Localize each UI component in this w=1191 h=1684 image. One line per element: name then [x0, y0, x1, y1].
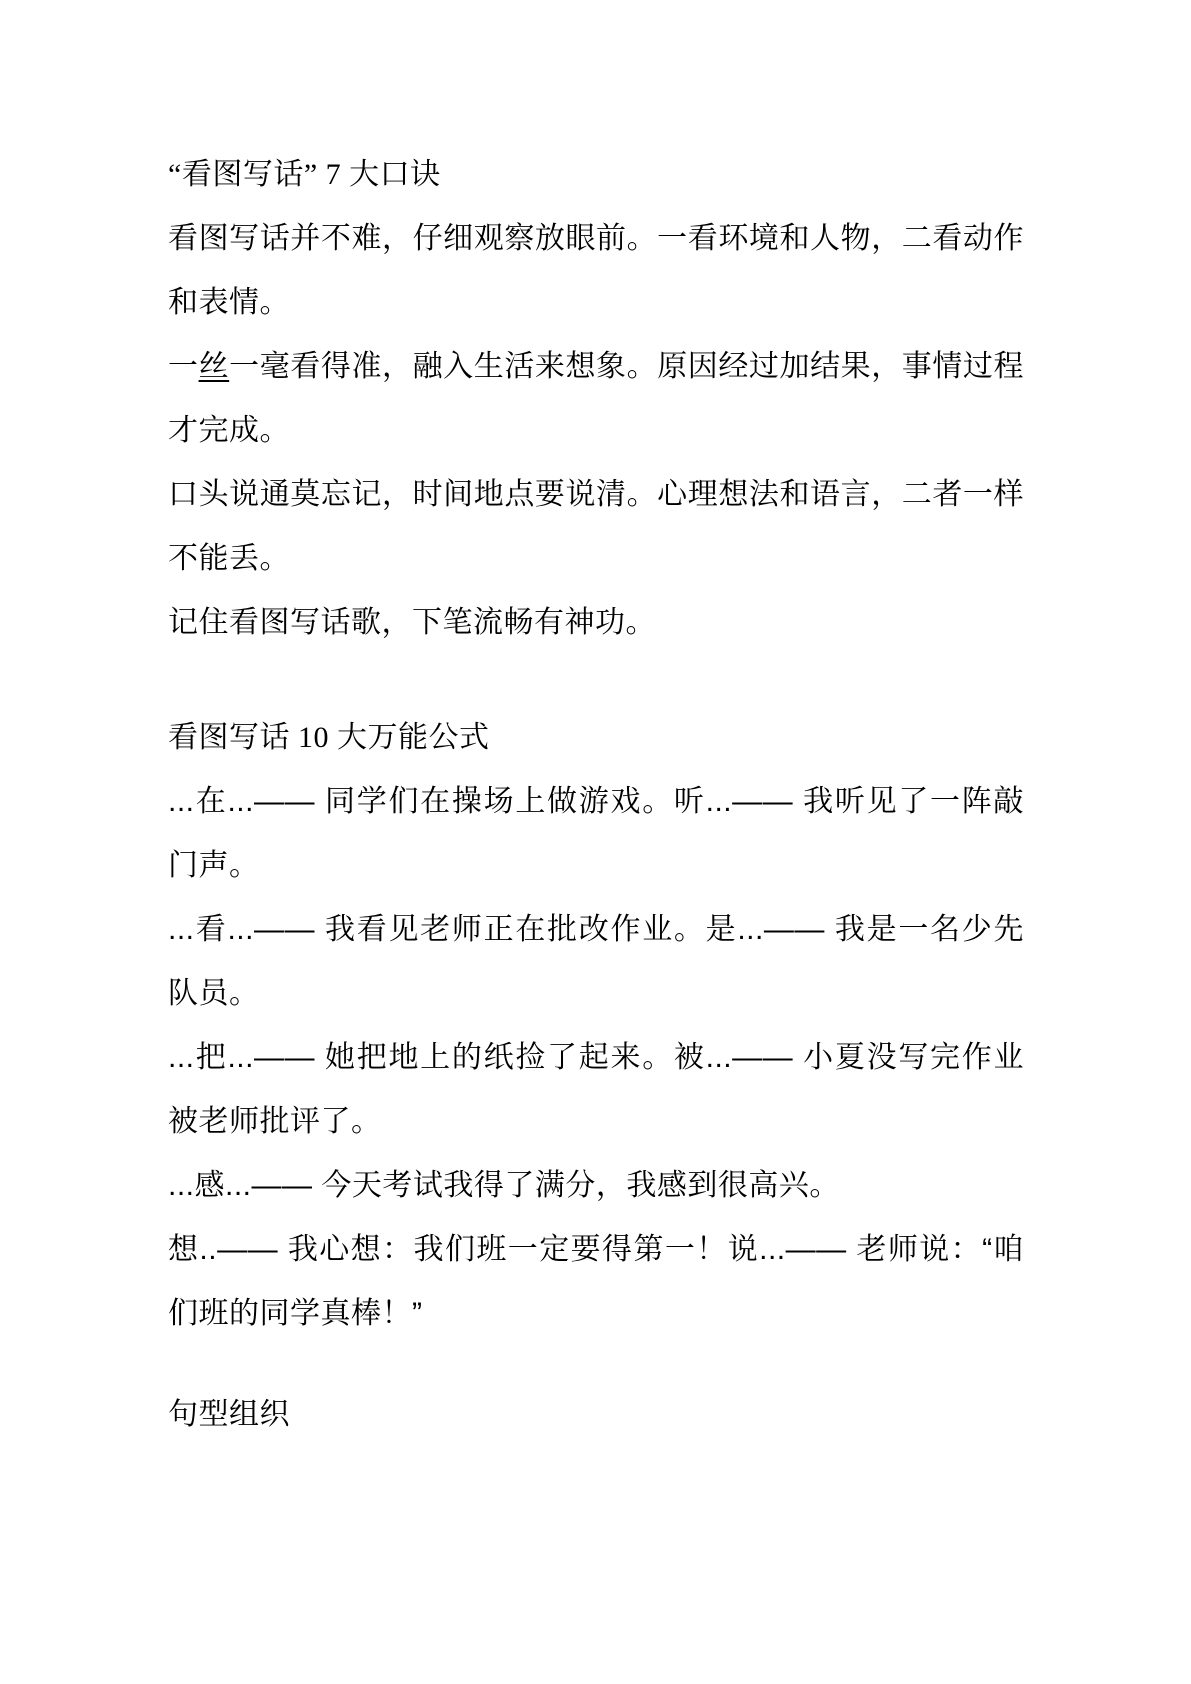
text-run: ...在...—— 同学们在操场上做游戏。听...—— 我听见了一阵敲门声。	[168, 785, 1024, 882]
text-run: ...感...—— 今天考试我得了满分，我感到很高兴。	[168, 1169, 840, 1202]
text-run: ...把...—— 她把地上的纸捡了起来。被...—— 小夏没写完作业被老师批评…	[168, 1041, 1024, 1138]
text-run: 记住看图写话歌，下笔流畅有神功。	[168, 606, 656, 639]
paragraph: ...感...—— 今天考试我得了满分，我感到很高兴。	[168, 1154, 1024, 1218]
document-page: “看图写话” 7 大口诀看图写话并不难，仔细观察放眼前。一看环境和人物，二看动作…	[0, 0, 1191, 1684]
paragraph: ...把...—— 她把地上的纸捡了起来。被...—— 小夏没写完作业被老师批评…	[168, 1026, 1024, 1154]
text-run: 想..—— 我心想：我们班一定要得第一！说...—— 老师说：“咱们班的同学真棒…	[168, 1233, 1024, 1330]
section-title: 看图写话 10 大万能公式	[168, 706, 1024, 770]
document-section: 看图写话 10 大万能公式...在...—— 同学们在操场上做游戏。听...——…	[168, 706, 1024, 1346]
document-content: “看图写话” 7 大口诀看图写话并不难，仔细观察放眼前。一看环境和人物，二看动作…	[168, 143, 1024, 1447]
paragraph: 一丝一毫看得准，融入生活来想象。原因经过加结果，事情过程才完成。	[168, 335, 1024, 463]
paragraph: 看图写话并不难，仔细观察放眼前。一看环境和人物，二看动作和表情。	[168, 207, 1024, 335]
paragraph: ...在...—— 同学们在操场上做游戏。听...—— 我听见了一阵敲门声。	[168, 770, 1024, 898]
document-section: “看图写话” 7 大口诀看图写话并不难，仔细观察放眼前。一看环境和人物，二看动作…	[168, 143, 1024, 655]
text-run: 一毫看得准，融入生活来想象。原因经过加结果，事情过程才完成。	[168, 350, 1024, 447]
text-run: 看图写话并不难，仔细观察放眼前。一看环境和人物，二看动作和表情。	[168, 222, 1024, 319]
text-run: 口头说通莫忘记，时间地点要说清。心理想法和语言，二者一样不能丢。	[168, 478, 1024, 575]
document-section: 句型组织	[168, 1383, 1024, 1447]
paragraph: ...看...—— 我看见老师正在批改作业。是...—— 我是一名少先队员。	[168, 898, 1024, 1026]
section-title: “看图写话” 7 大口诀	[168, 143, 1024, 207]
text-run: ...看...—— 我看见老师正在批改作业。是...—— 我是一名少先队员。	[168, 913, 1024, 1010]
text-run: 一	[168, 350, 199, 383]
underlined-text-run: 丝	[199, 350, 230, 383]
paragraph: 想..—— 我心想：我们班一定要得第一！说...—— 老师说：“咱们班的同学真棒…	[168, 1218, 1024, 1346]
section-title: 句型组织	[168, 1383, 1024, 1447]
paragraph: 记住看图写话歌，下笔流畅有神功。	[168, 591, 1024, 655]
paragraph: 口头说通莫忘记，时间地点要说清。心理想法和语言，二者一样不能丢。	[168, 463, 1024, 591]
